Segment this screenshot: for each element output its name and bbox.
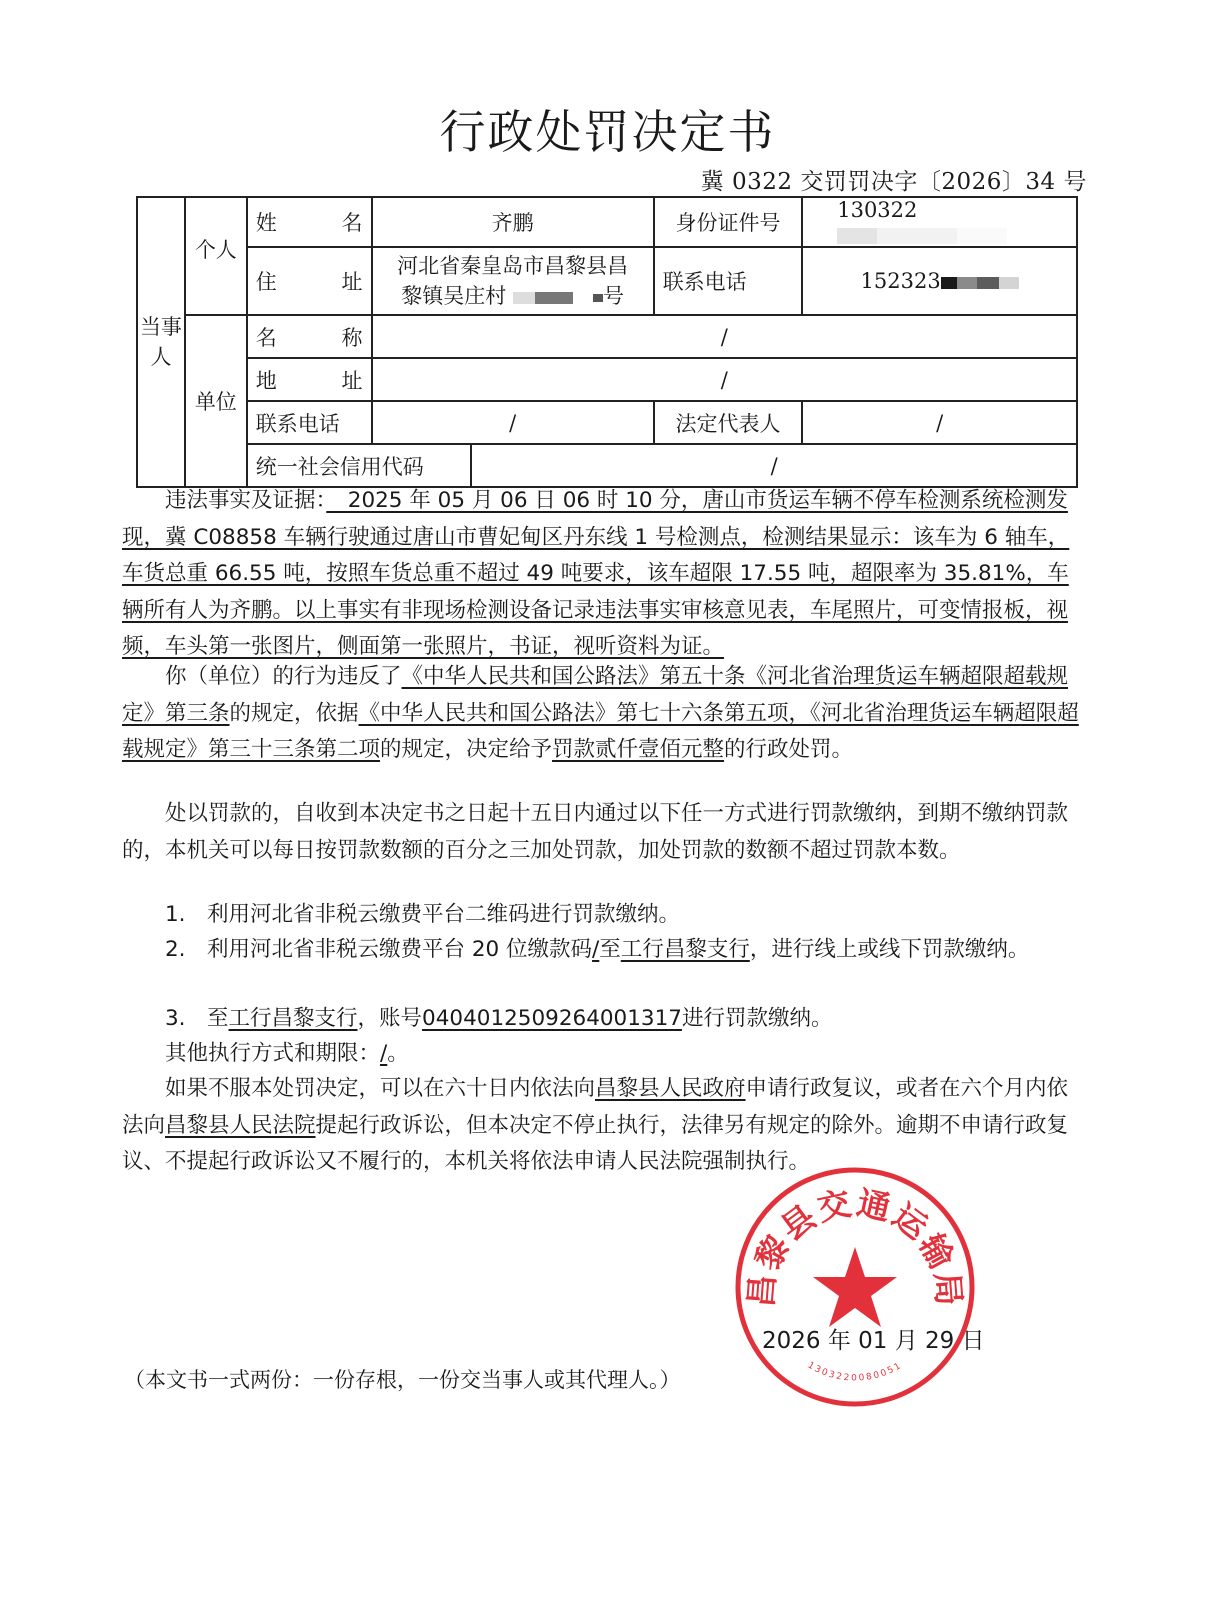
facts-paragraph: 违法事实及证据： 2025 年 05 月 06 日 06 时 10 分，唐山市货… xyxy=(122,483,1080,666)
other-enforcement: 其他执行方式和期限：/。 xyxy=(122,1036,1080,1073)
unit-address-label: 地 址 xyxy=(247,358,372,401)
payment-method-2: 2. 利用河北省非税云缴费平台 20 位缴款码/至工行昌黎支行，进行线上或线下罚… xyxy=(122,932,1080,969)
party-info-table: 当事人 个人 姓 名 齐鹏 身份证件号 130322 住 址 河北省秦皇岛市昌黎… xyxy=(136,196,1078,488)
seal-code: 1303220080051 xyxy=(806,1361,905,1384)
legal-rep-value: / xyxy=(802,401,1077,444)
party-label: 当事人 xyxy=(137,197,185,487)
redaction-block xyxy=(837,228,1007,244)
review-authority: 昌黎县人民政府 xyxy=(595,1076,746,1101)
facts-label: 违法事实及证据： xyxy=(165,488,326,513)
official-seal: 昌黎县交通运输局 1303220080051 xyxy=(733,1165,977,1409)
penalty-amount: 罚款贰仟壹佰元整 xyxy=(552,737,724,762)
unit-name-value: / xyxy=(372,315,1077,358)
payment-intro: 处以罚款的，自收到本决定书之日起十五日内通过以下任一方式进行罚款缴纳，到期不缴纳… xyxy=(122,796,1080,869)
violation-paragraph: 你（单位）的行为违反了《中华人民共和国公路法》第五十条《河北省治理货运车辆超限超… xyxy=(122,659,1080,769)
unit-name-label: 名 称 xyxy=(247,315,372,358)
individual-label: 个人 xyxy=(185,197,247,315)
address-value: 河北省秦皇岛市昌黎县昌 黎镇吴庄村 号 xyxy=(372,247,654,315)
address-label: 住 址 xyxy=(247,247,372,315)
bank-name: 工行昌黎支行 xyxy=(229,1006,358,1031)
unit-phone-label: 联系电话 xyxy=(247,401,372,444)
payment-method-1: 1. 利用河北省非税云缴费平台二维码进行罚款缴纳。 xyxy=(122,897,1080,934)
id-number-label: 身份证件号 xyxy=(654,197,803,247)
redaction-block xyxy=(513,292,573,304)
name-label: 姓 名 xyxy=(247,197,372,247)
unit-label: 单位 xyxy=(185,315,247,487)
facts-text: 2025 年 05 月 06 日 06 时 10 分，唐山市货运车辆不停车检测系… xyxy=(122,488,1069,659)
unit-address-value: / xyxy=(372,358,1077,401)
phone-value: 152323 xyxy=(802,247,1077,315)
payment-method-3: 3. 至工行昌黎支行，账号0404012509264001317进行罚款缴纳。 xyxy=(122,1001,1080,1038)
court-name: 昌黎县人民法院 xyxy=(165,1113,316,1138)
name-value: 齐鹏 xyxy=(372,197,654,247)
credit-code-value: / xyxy=(471,444,1077,487)
account-number: 0404012509264001317 xyxy=(422,1006,682,1031)
document-number: 冀 0322 交罚罚决字〔2026〕34 号 xyxy=(701,163,1087,196)
document-title: 行政处罚决定书 xyxy=(0,96,1215,162)
footnote: （本文书一式两份：一份存根，一份交当事人或其代理人。） xyxy=(124,1364,681,1394)
id-number-value: 130322 xyxy=(802,197,1077,247)
issue-date: 2026 年 01 月 29 日 xyxy=(762,1322,985,1355)
redaction-block xyxy=(941,277,1019,289)
unit-phone-value: / xyxy=(372,401,654,444)
bank-name: 工行昌黎支行 xyxy=(621,937,750,962)
phone-label: 联系电话 xyxy=(654,247,803,315)
credit-code-label: 统一社会信用代码 xyxy=(247,444,472,487)
svg-text:1303220080051: 1303220080051 xyxy=(806,1361,905,1384)
legal-rep-label: 法定代表人 xyxy=(654,401,803,444)
star-icon xyxy=(813,1247,897,1327)
